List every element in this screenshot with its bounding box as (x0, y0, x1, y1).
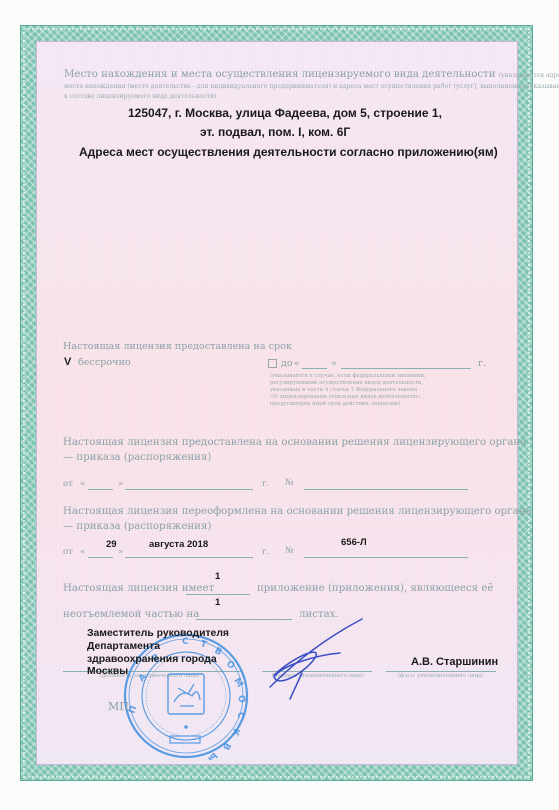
svg-text:П: П (127, 705, 139, 716)
granted-quote-open: « (80, 479, 85, 489)
appendix-line-1-prefix: Настоящая лицензия имеет (63, 583, 214, 594)
until-quote-close: » (331, 358, 337, 369)
until-note-4: «О лицензировании отдельных видов деятел… (270, 394, 422, 401)
reissued-day-field[interactable] (88, 557, 113, 558)
location-note-3: в составе лицензируемого вида деятельнос… (64, 93, 217, 101)
reissued-quote-open: « (80, 547, 85, 557)
address-line-1: 125047, г. Москва, улица Фадеева, дом 5,… (128, 106, 442, 120)
indefinite-checkbox[interactable]: V (64, 356, 71, 368)
indefinite-label: бессрочно (78, 357, 131, 368)
until-month-year-field[interactable] (341, 368, 471, 369)
name-caption: (ф.и.о. уполномоченного лица) (398, 673, 483, 679)
signatory-position-2: Департамента (87, 641, 160, 652)
granted-number-label: № (285, 478, 294, 488)
signatory-position-4: Москвы (87, 666, 128, 677)
granted-year-suffix: г. (262, 479, 269, 489)
until-note-5: предусмотрен иной срок действия лицензии… (270, 401, 400, 408)
location-note-2: места нахождения (место деятельства - дл… (64, 83, 559, 91)
until-label: до (281, 358, 293, 369)
until-note-3: указанных в части 4 статьи 1 Федеральног… (270, 387, 417, 394)
svg-text:В: В (220, 741, 232, 752)
granted-quote-close: » (118, 479, 123, 489)
reissued-quote-close: » (118, 547, 123, 557)
reissued-number: 656-Л (341, 537, 367, 548)
until-day-field[interactable] (302, 368, 327, 369)
reissued-day: 29 (106, 539, 117, 550)
appendix-count: 1 (215, 571, 220, 582)
svg-text:Ы: Ы (205, 750, 219, 760)
location-heading: Место нахождения и места осуществления л… (64, 69, 559, 80)
signatory-position-3: здравоохранения города (87, 654, 217, 665)
until-note-2: регулирующими осуществление видов деятел… (270, 380, 423, 387)
svg-text:С: С (235, 712, 245, 719)
seal-label: МП (108, 700, 129, 713)
reissued-number-field[interactable] (304, 557, 468, 558)
reissued-line-2: — приказа (распоряжения) (63, 521, 211, 532)
until-quote-open: « (294, 358, 300, 369)
granted-day-field[interactable] (88, 489, 113, 490)
granted-number-field[interactable] (304, 489, 468, 490)
appendix-line-1-suffix: приложение (приложения), являющееся её (257, 583, 493, 594)
svg-text:О: О (235, 694, 247, 704)
address-line-2: эт. подвал, пом. I, ком. 6Г (200, 125, 350, 139)
svg-text:Т: Т (199, 639, 208, 650)
appendix-count-field[interactable] (186, 594, 250, 595)
granted-line-1: Настоящая лицензия предоставлена на осно… (63, 437, 526, 448)
reissued-line-1: Настоящая лицензия переоформлена на осно… (63, 506, 531, 517)
name-line (386, 671, 496, 672)
location-heading-text: Место нахождения и места осуществления л… (64, 69, 496, 80)
location-note-1: (указываются адрес (499, 72, 559, 79)
until-checkbox[interactable] (268, 359, 277, 368)
reissued-month-year-field[interactable] (125, 557, 253, 558)
address-line-3: Адреса мест осуществления деятельности с… (79, 145, 498, 159)
until-year-suffix: г. (478, 358, 486, 369)
appendix-sheets: 1 (215, 597, 220, 608)
reissued-number-label: № (285, 546, 294, 556)
until-note-1: (указывается в случае, если федеральными… (270, 373, 426, 380)
reissued-from-label: от (63, 547, 73, 557)
reissued-year-suffix: г. (262, 547, 269, 557)
granted-from-label: от (63, 479, 73, 489)
appendix-line-2-prefix: неотъемлемой частью на (63, 609, 199, 620)
granted-line-2: — приказа (распоряжения) (63, 452, 211, 463)
granted-month-year-field[interactable] (125, 489, 253, 490)
term-label: Настоящая лицензия предоставлена на срок (63, 341, 292, 352)
reissued-month-year: августа 2018 (149, 539, 208, 550)
signatory-name: А.В. Старшинин (411, 656, 498, 668)
handwritten-signature (262, 615, 372, 700)
signatory-position-1: Заместитель руководителя (87, 628, 229, 639)
